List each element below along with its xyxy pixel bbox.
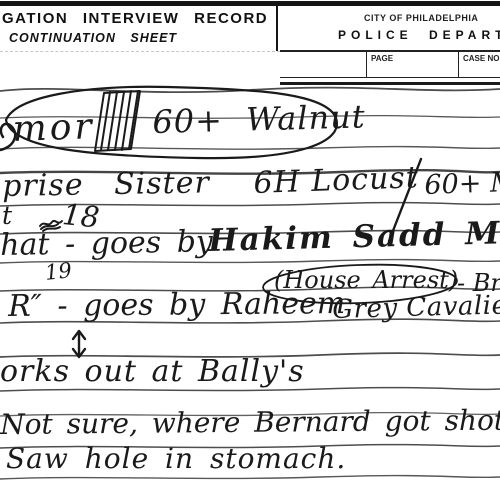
handwritten-name-fragment: mor <box>12 109 95 148</box>
handwritten-stomach-statement: Saw hole in stomach. <box>6 445 346 473</box>
handwritten-address-market: 60+ Mark <box>424 167 500 199</box>
handwritten-address-walnut: 60+ Walnut <box>152 100 366 138</box>
handwritten-alias-lead: hat - goes by <box>0 227 213 261</box>
scanned-police-continuation-sheet: GATION INTERVIEW RECORD CONTINUATION SHE… <box>0 0 500 500</box>
handwritten-number-19: 19 <box>44 260 73 284</box>
handwritten-alias-raheem: R″ - goes by Raheem <box>8 289 345 322</box>
handwritten-sister-note: prise Sister <box>2 168 210 202</box>
handwritten-shot-statement: Not sure, where Bernard got shot. <box>0 407 500 439</box>
handwritten-address-locust: 6H Locust <box>253 163 419 199</box>
handwritten-fragment: t <box>2 203 12 228</box>
handwritten-ballys-note: orks out at Bally's <box>0 357 305 387</box>
handwritten-name-hakim: Hakim Sadd Muham <box>208 216 500 257</box>
handwritten-vehicle-note: Grey Cavalier <box>332 292 500 323</box>
